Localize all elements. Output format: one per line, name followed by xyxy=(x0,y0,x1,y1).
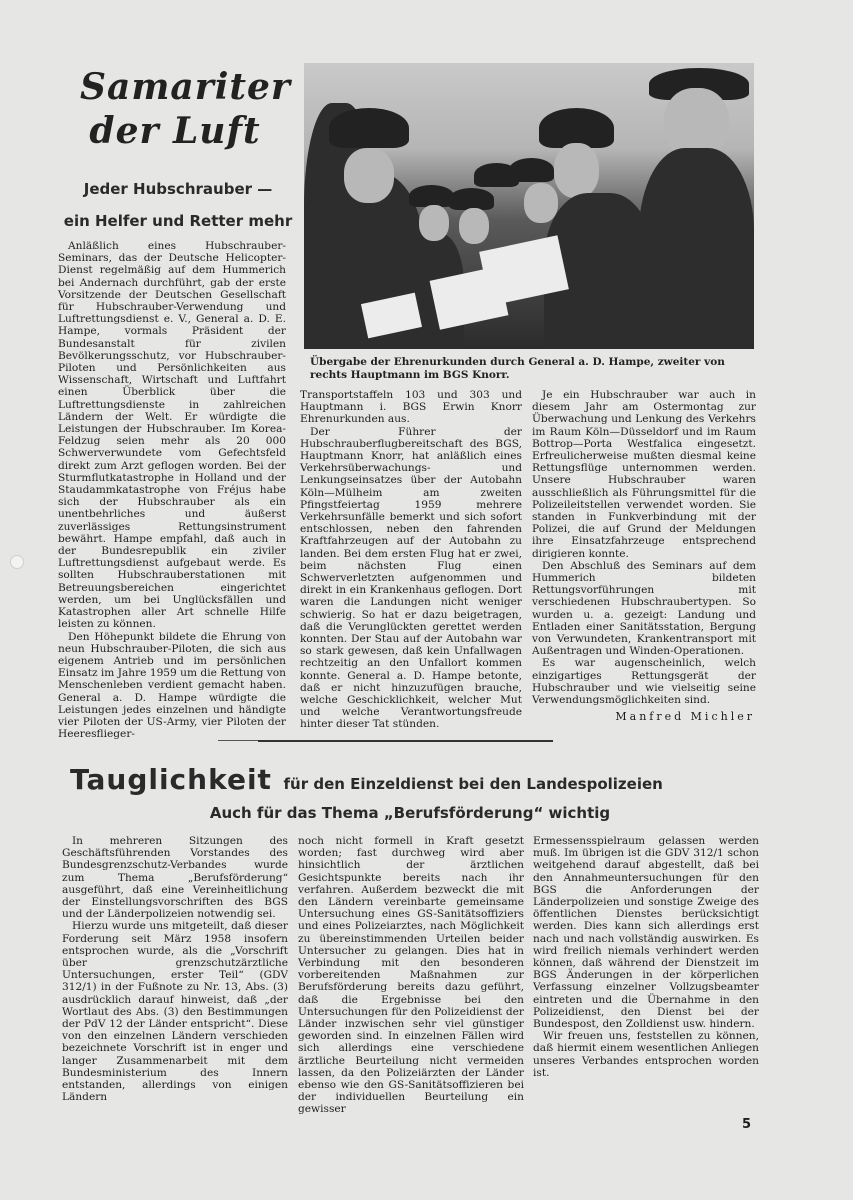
divider-short xyxy=(218,740,258,741)
photo-caption: Übergabe der Ehrenurkunden durch General… xyxy=(310,356,755,381)
author-byline: Manfred Michler xyxy=(610,710,755,723)
paragraph: Wir freuen uns, feststellen zu können, d… xyxy=(533,1030,759,1079)
title-rest: für den Einzeldienst bei den Landespoliz… xyxy=(284,775,663,793)
article1-column-2: Transportstaffeln 103 und 303 und Hauptm… xyxy=(300,389,522,731)
page-number: 5 xyxy=(742,1117,751,1132)
paragraph: Anläßlich eines Hubschrauber-Seminars, d… xyxy=(58,240,286,631)
subtitle-line-2: ein Helfer und Retter mehr xyxy=(58,205,298,237)
paragraph: Den Höhepunkt bildete die Ehrung von neu… xyxy=(58,631,286,741)
title-main: Tauglichkeit xyxy=(70,763,272,796)
paragraph: Es war augenscheinlich, welch einzigarti… xyxy=(532,657,756,706)
article2-subtitle: Auch für das Thema „Berufsförderung“ wic… xyxy=(60,804,760,822)
paragraph: Der Führer der Hubschrauberflugbereitsch… xyxy=(300,426,522,731)
article1-photo xyxy=(304,63,754,349)
article1-title: Samariter der Luft xyxy=(80,65,270,153)
article1-column-3: Je ein Hubschrauber war auch in diesem J… xyxy=(532,389,756,706)
divider xyxy=(258,740,553,742)
punch-hole xyxy=(10,555,24,569)
paragraph: Transportstaffeln 103 und 303 und Hauptm… xyxy=(300,389,522,426)
article2-column-2: noch nicht formell in Kraft gesetzt word… xyxy=(298,835,524,1116)
paragraph: In mehreren Sitzungen des Geschäftsführe… xyxy=(62,835,288,920)
paragraph: Hierzu wurde uns mitgeteilt, daß dieser … xyxy=(62,920,288,1103)
title-line-2: der Luft xyxy=(80,109,270,153)
article2-column-3: Ermessensspielraum gelassen werden muß. … xyxy=(533,835,759,1079)
paragraph: Den Abschluß des Seminars auf dem Hummer… xyxy=(532,560,756,658)
article1-column-1: Anläßlich eines Hubschrauber-Seminars, d… xyxy=(58,240,286,740)
subtitle-line-1: Jeder Hubschrauber — xyxy=(58,173,298,205)
article2-title: Tauglichkeit für den Einzeldienst bei de… xyxy=(70,763,770,796)
paragraph: Ermessensspielraum gelassen werden muß. … xyxy=(533,835,759,1030)
article2-column-1: In mehreren Sitzungen des Geschäftsführe… xyxy=(62,835,288,1103)
article1-subtitle: Jeder Hubschrauber — ein Helfer und Rett… xyxy=(58,173,298,237)
paragraph: Je ein Hubschrauber war auch in diesem J… xyxy=(532,389,756,560)
title-line-1: Samariter xyxy=(80,65,270,109)
magazine-page: Samariter der Luft Jeder Hubschrauber — … xyxy=(0,0,853,1200)
paragraph: noch nicht formell in Kraft gesetzt word… xyxy=(298,835,524,1116)
